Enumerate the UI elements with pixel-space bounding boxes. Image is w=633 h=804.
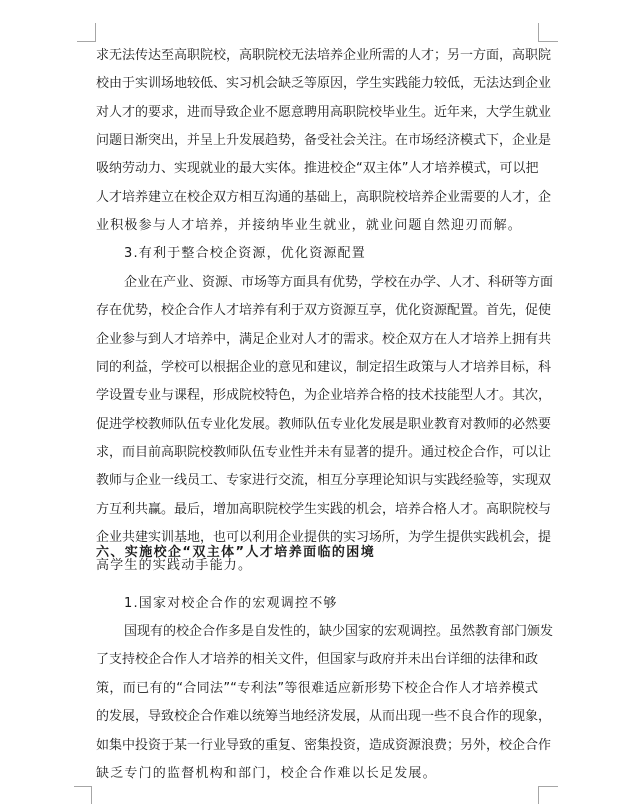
- subheading-1: 1.国家对校企合作的宏观调控不够: [124, 594, 538, 614]
- paragraph-line: 的发展，导致校企合作难以统筹当地经济发展，从而出现一些不良合作的现象，: [96, 707, 538, 727]
- paragraph-line: 企业参与到人才培养中，满足企业对人才的需求。校企双方在人才培养上拥有共: [96, 330, 538, 350]
- subheading-3: 3.有利于整合校企资源，优化资源配置: [124, 244, 538, 264]
- paragraph-line: 对人才的要求，进而导致企业不愿意聘用高职院校毕业生。近年来，大学生就业: [96, 103, 538, 123]
- paragraph-line: 学设置专业与课程，形成院校特色，为企业培养合格的技术技能型人才。其次，: [96, 386, 538, 406]
- paragraph-line: 促进学校教师队伍专业化发展。教师队伍专业化发展是职业教育对教师的必然要: [96, 415, 538, 435]
- top-right-margin-mark: [538, 23, 558, 42]
- paragraph-line: 国现有的校企合作多是自发性的，缺少国家的宏观调控。虽然教育部门颁发: [124, 622, 538, 642]
- paragraph-line: 策，而已有的“合同法”“专利法”等很难适应新形势下校企合作人才培养模式: [96, 679, 538, 699]
- paragraph-line: 问题日渐突出，并呈上升发展趋势，备受社会关注。在市场经济模式下，企业是: [96, 131, 538, 151]
- bottom-left-margin-mark: [74, 786, 92, 804]
- bottom-right-margin-mark: [538, 786, 558, 804]
- paragraph-line: 吸纳劳动力、实现就业的最大实体。推进校企“双主体”人才培养模式，可以把: [96, 159, 538, 179]
- paragraph-line: 方互利共赢。最后，增加高职院校学生实践的机会，培养合格人才。高职院校与: [96, 500, 538, 520]
- paragraph-line: 存在优势，校企合作人才培养有利于双方资源互享，优化资源配置。首先，促使: [96, 301, 538, 321]
- document-page: 求无法传达至高职院校，高职院校无法培养企业所需的人才；另一方面，高职院 校由于实…: [0, 0, 633, 804]
- paragraph-line: 教师与企业一线员工、专家进行交流，相互分享理论知识与实践经验等，实现双: [96, 471, 538, 491]
- top-left-margin-mark: [77, 23, 96, 42]
- paragraph-line: 求，而目前高职院校教师队伍专业性并未有显著的提升。通过校企合作，可以让: [96, 443, 538, 463]
- paragraph-line: 人才培养建立在校企双方相互沟通的基础上，高职院校培养企业需要的人才，企: [96, 188, 538, 208]
- paragraph-line: 了支持校企合作人才培养的相关文件，但国家与政府并未出台详细的法律和政: [96, 650, 538, 670]
- paragraph-line: 求无法传达至高职院校，高职院校无法培养企业所需的人才；另一方面，高职院: [96, 46, 538, 66]
- section-heading-6: 六、实施校企“双主体”人才培养面临的困境: [96, 543, 538, 563]
- paragraph-line: 企业在产业、资源、市场等方面具有优势，学校在办学、人才、科研等方面: [124, 273, 538, 293]
- paragraph-line: 业积极参与人才培养，并接纳毕业生就业，就业问题自然迎刃而解。: [96, 216, 538, 236]
- paragraph-line: 校由于实训场地较低、实习机会缺乏等原因，学生实践能力较低，无法达到企业: [96, 74, 538, 94]
- paragraph-line: 如集中投资于某一行业导致的重复、密集投资，造成资源浪费；另外，校企合作: [96, 736, 538, 756]
- paragraph-line: 缺乏专门的监督机构和部门，校企合作难以长足发展。: [96, 764, 538, 784]
- paragraph-line: 同的利益，学校可以根据企业的意见和建议，制定招生政策与人才培养目标，科: [96, 358, 538, 378]
